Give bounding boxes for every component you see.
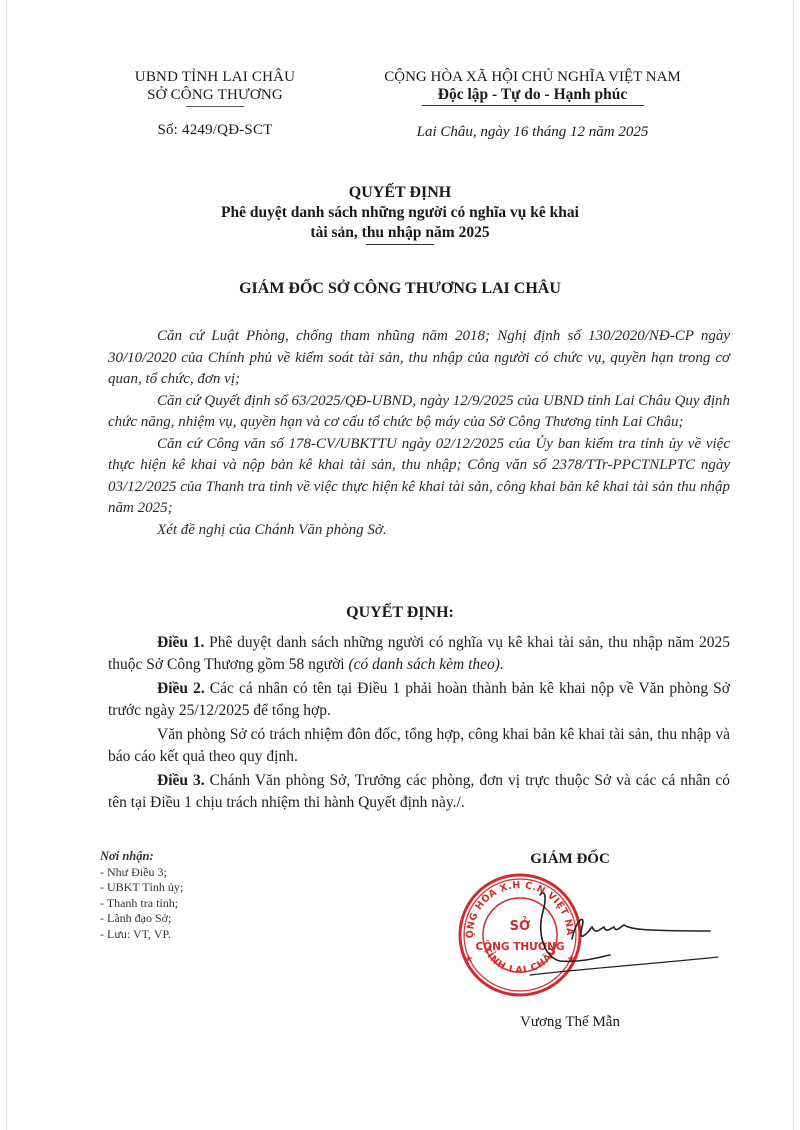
organization-name: UBND TỈNH LAI CHÂU bbox=[90, 68, 340, 86]
article-label: Điều 1. bbox=[157, 634, 204, 651]
preamble: Căn cứ Luật Phòng, chống tham nhũng năm … bbox=[108, 326, 730, 541]
recipient-item: - Thanh tra tỉnh; bbox=[100, 896, 320, 912]
article-note: (có danh sách kèm theo). bbox=[348, 656, 503, 673]
document-number: Số: 4249/QĐ-SCT bbox=[90, 121, 340, 139]
article-2-paragraph: Văn phòng Sở có trách nhiệm đôn đốc, tổn… bbox=[108, 724, 730, 767]
recipient-item: - Lưu: VT, VP. bbox=[100, 927, 320, 943]
article-1: Điều 1. Phê duyệt danh sách những người … bbox=[108, 632, 730, 675]
motto-underline bbox=[422, 105, 644, 106]
document-type: QUYẾT ĐỊNH bbox=[100, 183, 700, 203]
recipient-item: - UBKT Tỉnh ủy; bbox=[100, 880, 320, 896]
article-label: Điều 3. bbox=[157, 772, 205, 789]
scan-edge-left bbox=[6, 0, 7, 1130]
subject-line-1: Phê duyệt danh sách những người có nghĩa… bbox=[100, 203, 700, 223]
country-name: CỘNG HÒA XÃ HỘI CHỦ NGHĨA VIỆT NAM bbox=[345, 68, 720, 86]
signer-name: Vương Thế Mẫn bbox=[470, 1014, 670, 1031]
article-label: Điều 2. bbox=[157, 680, 205, 697]
recipients-block: Nơi nhận: - Như Điều 3; - UBKT Tỉnh ủy; … bbox=[100, 849, 320, 942]
authority-heading: GIÁM ĐỐC SỞ CÔNG THƯƠNG LAI CHÂU bbox=[100, 280, 700, 298]
preamble-clause: Xét đề nghị của Chánh Văn phòng Sở. bbox=[108, 520, 730, 542]
document-title: QUYẾT ĐỊNH Phê duyệt danh sách những ngư… bbox=[100, 183, 700, 245]
preamble-clause: Căn cứ Quyết định số 63/2025/QĐ-UBND, ng… bbox=[108, 391, 730, 434]
preamble-clause: Căn cứ Công văn số 178-CV/UBKTTU ngày 02… bbox=[108, 434, 730, 520]
decision-heading: QUYẾT ĐỊNH: bbox=[100, 604, 700, 622]
subject-line-2: tài sản, thu nhập năm 2025 bbox=[100, 223, 700, 243]
handwritten-signature bbox=[520, 875, 720, 985]
national-header-block: CỘNG HÒA XÃ HỘI CHỦ NGHĨA VIỆT NAM Độc l… bbox=[345, 68, 720, 141]
recipient-item: - Lãnh đạo Sở; bbox=[100, 911, 320, 927]
document-page: UBND TỈNH LAI CHÂU SỞ CÔNG THƯƠNG Số: 42… bbox=[0, 0, 800, 1130]
national-motto: Độc lập - Tự do - Hạnh phúc bbox=[345, 86, 720, 104]
article-text: Văn phòng Sở có trách nhiệm đôn đốc, tổn… bbox=[108, 726, 730, 765]
issuing-authority-block: UBND TỈNH LAI CHÂU SỞ CÔNG THƯƠNG Số: 42… bbox=[90, 68, 340, 139]
department-name: SỞ CÔNG THƯƠNG bbox=[90, 86, 340, 104]
preamble-clause: Căn cứ Luật Phòng, chống tham nhũng năm … bbox=[108, 326, 730, 391]
scan-edge-right bbox=[793, 0, 794, 1130]
articles: Điều 1. Phê duyệt danh sách những người … bbox=[108, 632, 730, 816]
signer-title: GIÁM ĐỐC bbox=[470, 851, 670, 868]
header-divider bbox=[186, 106, 244, 107]
place-date: Lai Châu, ngày 16 tháng 12 năm 2025 bbox=[345, 123, 720, 141]
recipient-item: - Như Điều 3; bbox=[100, 865, 320, 881]
svg-text:★: ★ bbox=[465, 954, 474, 965]
title-underline bbox=[366, 244, 434, 245]
recipients-heading: Nơi nhận: bbox=[100, 849, 320, 865]
article-2: Điều 2. Các cá nhân có tên tại Điều 1 ph… bbox=[108, 678, 730, 721]
article-3: Điều 3. Chánh Văn phòng Sở, Trưởng các p… bbox=[108, 770, 730, 813]
